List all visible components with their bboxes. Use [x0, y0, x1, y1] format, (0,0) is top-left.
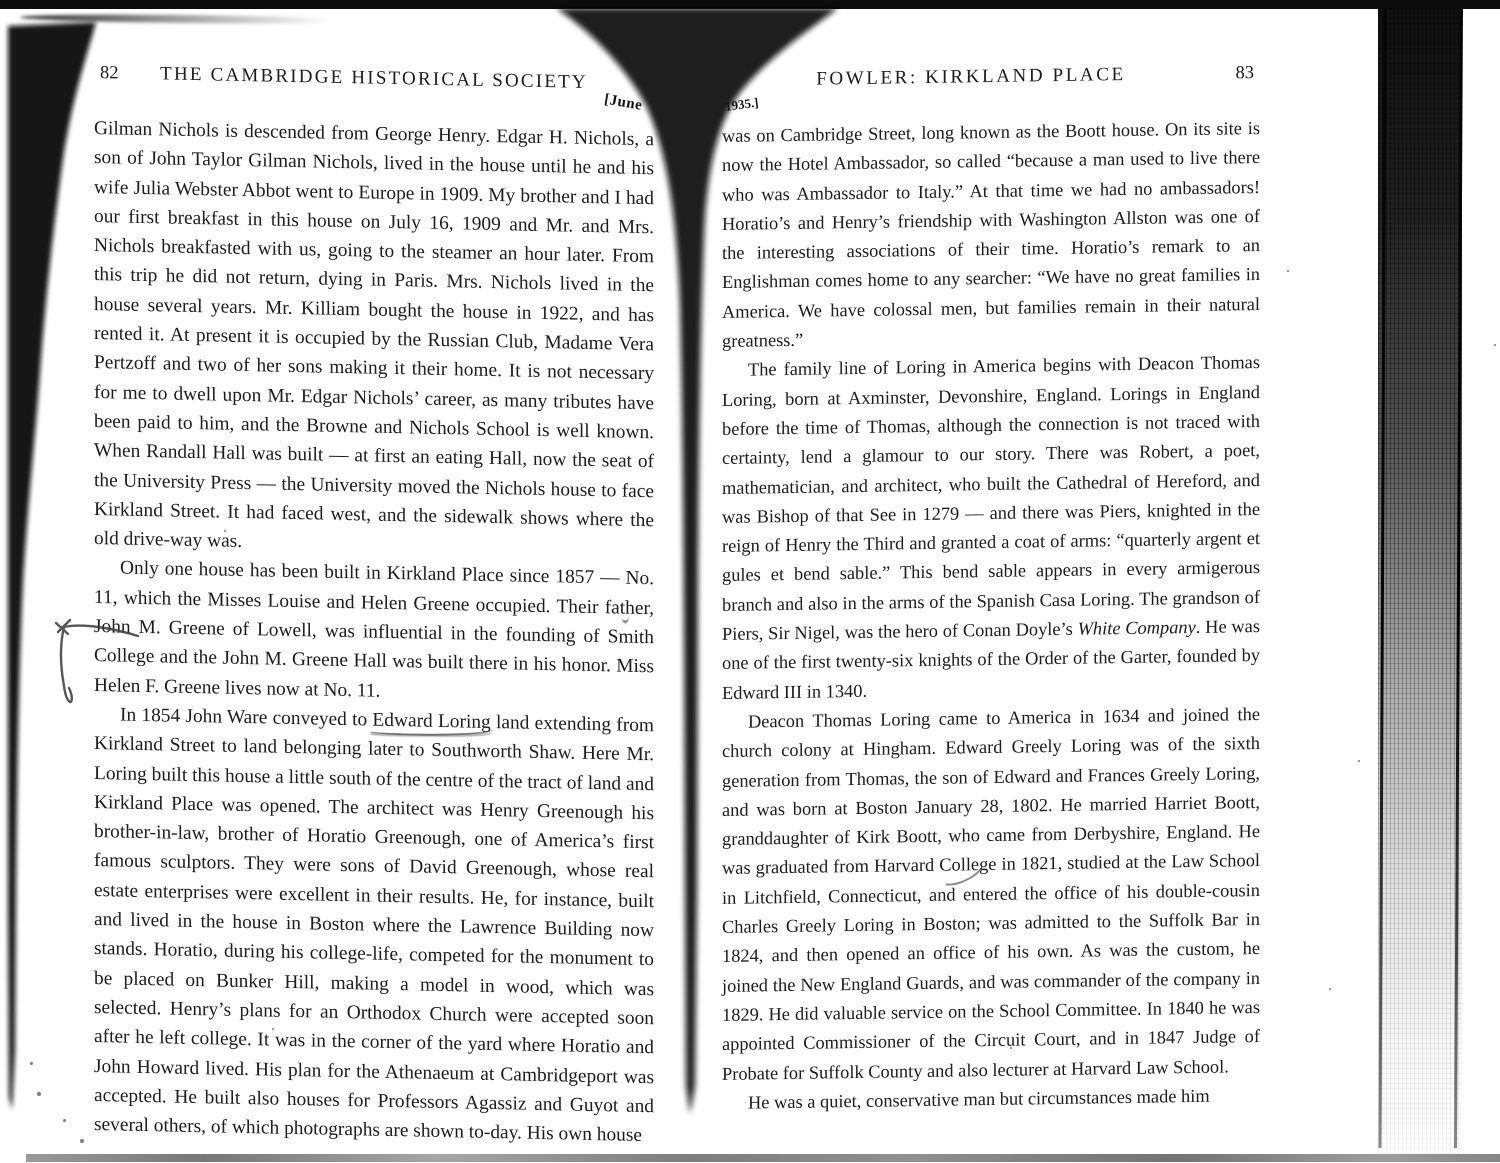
dust-speck — [80, 1139, 84, 1143]
page-header-left: 82 THE CAMBRIDGE HISTORICAL SOCIETY — [94, 62, 654, 103]
dust-speck — [30, 1062, 33, 1065]
paragraph: was on Cambridge Street, long known as t… — [722, 114, 1260, 356]
running-title-left: THE CAMBRIDGE HISTORICAL SOCIETY — [94, 62, 654, 95]
scan-streak — [20, 13, 350, 24]
dust-speck — [1010, 1047, 1012, 1049]
pencil-underline-segment: Edward Loring — [372, 710, 490, 733]
scan-edge-top — [0, 0, 1500, 9]
dust-speck — [524, 1038, 526, 1040]
running-title-right: FOWLER: KIRKLAND PLACE — [722, 62, 1260, 92]
pencil-swoosh-segment: Harvard College — [874, 854, 996, 876]
scan-binding-band — [1378, 8, 1462, 1154]
dust-speck — [224, 530, 226, 532]
text-segment: The family line of Loring in America beg… — [722, 352, 1260, 644]
page-header-right: FOWLER: KIRKLAND PLACE 83 — [722, 62, 1260, 100]
text-segment: was on Cambridge Street, long known as t… — [722, 118, 1260, 351]
text-segment: in 1821, studied at the Law School in Li… — [722, 850, 1260, 1083]
paragraph: In 1854 John Ware conveyed to Edward Lor… — [94, 700, 654, 1151]
edge-note-year: 1935.] — [724, 94, 759, 114]
paragraph: The family line of Loring in America beg… — [722, 348, 1260, 708]
italic-segment: White Company — [1078, 617, 1196, 639]
dust-speck — [63, 1119, 66, 1122]
page-number-right: 83 — [1236, 63, 1255, 84]
dust-speck — [1329, 988, 1331, 990]
dust-speck — [272, 1028, 274, 1030]
dust-speck — [1494, 344, 1496, 346]
text-segment: In 1854 John Ware conveyed to — [120, 704, 372, 730]
paragraph: Deacon Thomas Loring came to America in … — [722, 700, 1260, 1089]
scan-edge-bottom — [26, 1154, 1500, 1162]
paragraph: Only one house has been built in Kirklan… — [94, 553, 654, 711]
text-segment: Gilman Nichols is descended from George … — [94, 118, 654, 552]
dust-speck — [1358, 760, 1360, 762]
text-segment: , which the Misses Louise and Helen Gree… — [94, 587, 654, 701]
page-body-right: was on Cambridge Street, long known as t… — [722, 114, 1260, 1118]
text-segment: He was a quiet, conservative man but cir… — [748, 1086, 1210, 1113]
paragraph: Gilman Nichols is descended from George … — [94, 114, 654, 565]
page-left: 82 THE CAMBRIDGE HISTORICAL SOCIETY [Jun… — [94, 62, 654, 1151]
text-segment: Only one house has been built in Kirklan… — [120, 558, 625, 589]
dust-speck — [37, 1092, 41, 1096]
page-right: FOWLER: KIRKLAND PLACE 83 1935.] was on … — [722, 62, 1260, 1118]
page-body-left: Gilman Nichols is descended from George … — [94, 114, 654, 1151]
book-scan: 82 THE CAMBRIDGE HISTORICAL SOCIETY [Jun… — [0, 0, 1500, 1163]
dust-speck — [1287, 270, 1289, 272]
text-segment: land extending from Kirkland Street to l… — [94, 712, 654, 1146]
page-number-left: 82 — [100, 63, 119, 84]
